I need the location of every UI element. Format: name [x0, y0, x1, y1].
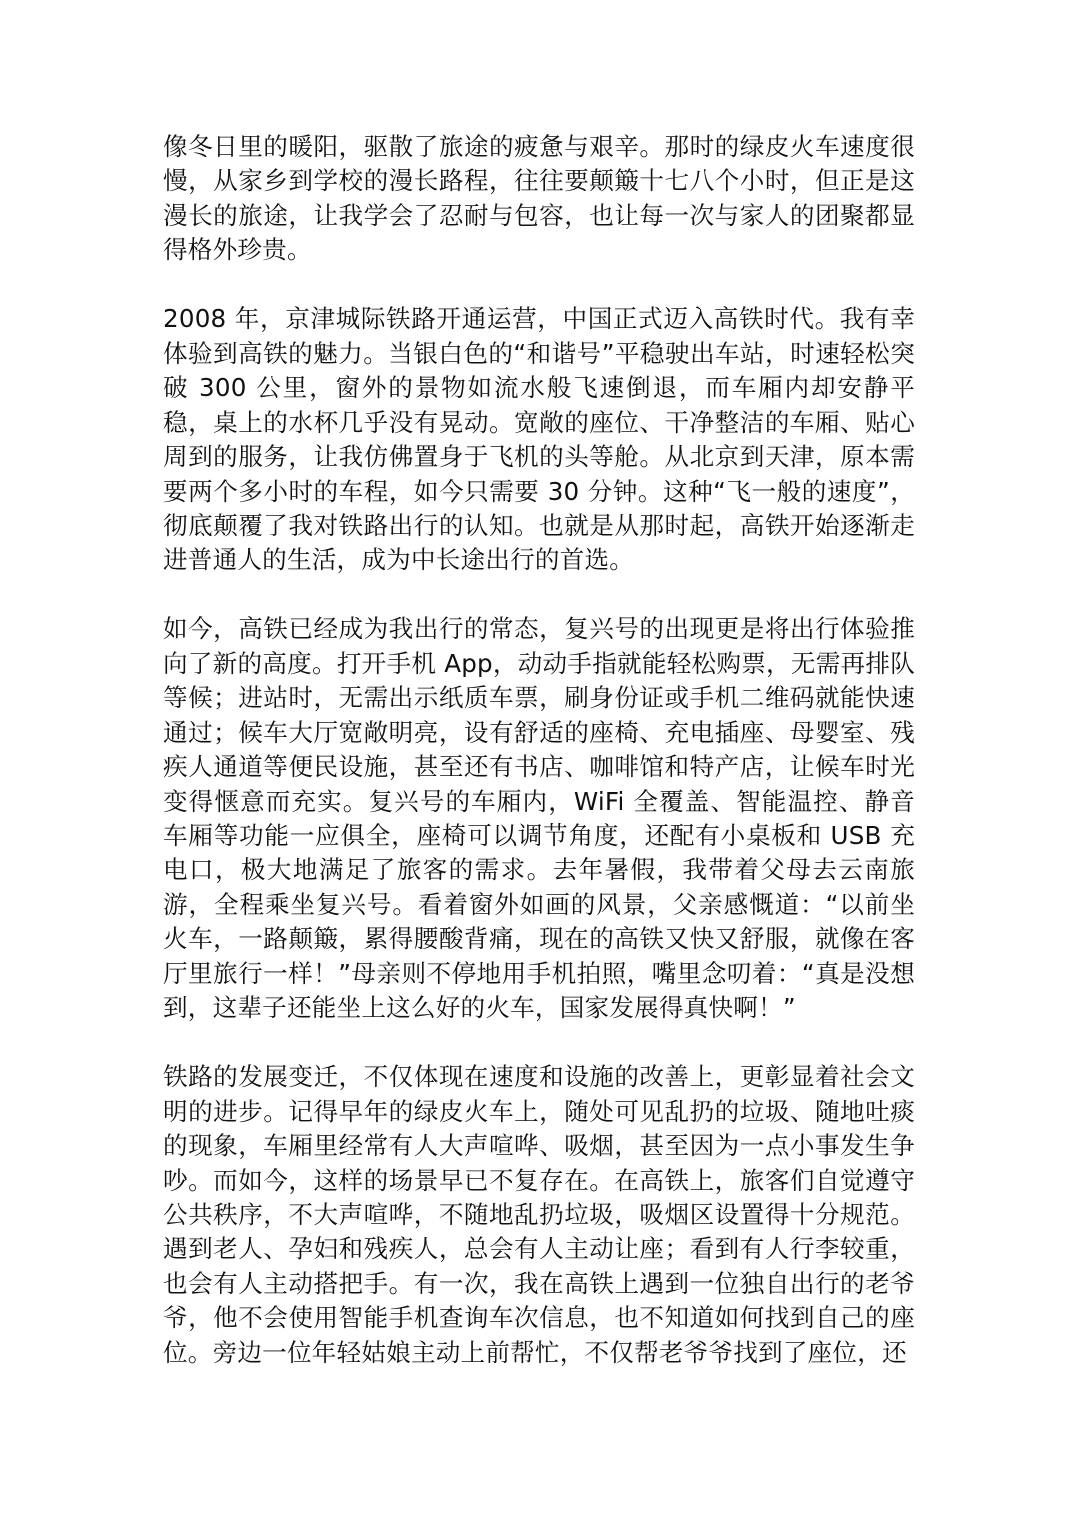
paragraph-4: 铁路的发展变迁，不仅体现在速度和设施的改善上，更彰显着社会文明的进步。记得早年的… — [163, 1060, 915, 1370]
paragraph-1: 像冬日里的暖阳，驱散了旅途的疲惫与艰辛。那时的绿皮火车速度很慢，从家乡到学校的漫… — [163, 130, 915, 268]
paragraph-3: 如今，高铁已经成为我出行的常态，复兴号的出现更是将出行体验推向了新的高度。打开手… — [163, 612, 915, 1025]
document-page: 像冬日里的暖阳，驱散了旅途的疲惫与艰辛。那时的绿皮火车速度很慢，从家乡到学校的漫… — [163, 130, 915, 1405]
paragraph-2: 2008 年，京津城际铁路开通运营，中国正式迈入高铁时代。我有幸体验到高铁的魅力… — [163, 302, 915, 578]
